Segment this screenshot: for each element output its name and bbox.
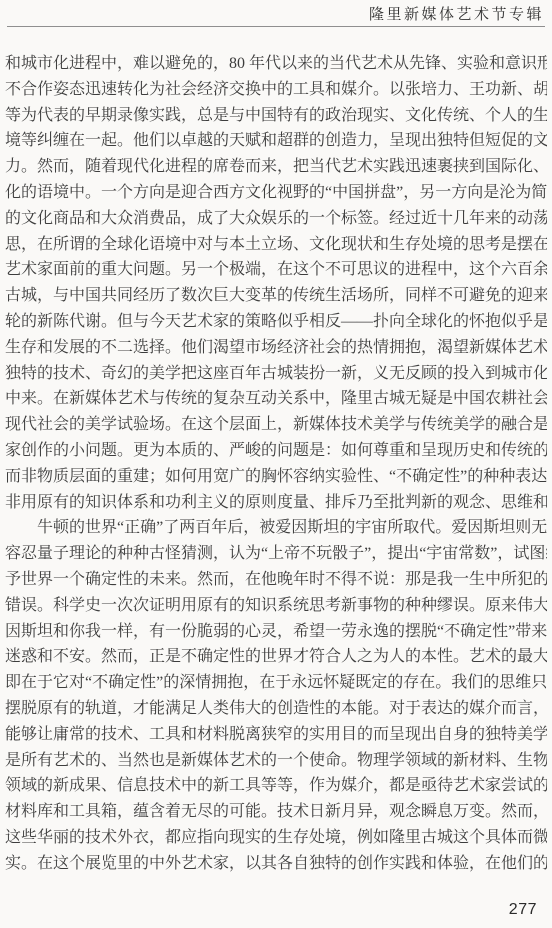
body-line: 家创作的小问题。更为本质的、严峻的问题是：如何尊重和呈现历史和传统的尊严， bbox=[5, 438, 547, 464]
body-line: 非用原有的知识体系和功利主义的原则度量、排斥乃至批判新的观念、思维和实践。 bbox=[5, 490, 547, 516]
body-line: 和城市化进程中，难以避免的，80 年代以来的当代艺术从先锋、实验和意识形态的 bbox=[5, 51, 547, 77]
body-line: 境等纠缠在一起。他们以卓越的天赋和超群的创造力，呈现出独特但短促的文化魅 bbox=[5, 128, 547, 154]
body-line: 艺术家面前的重大问题。另一个极端，在这个不可思议的进程中，这个六百余年的 bbox=[5, 257, 547, 283]
body-line: 予世界一个确定性的未来。然而，在他晚年时不得不说：那是我一生中所犯的最大 bbox=[5, 567, 547, 593]
body-line: 生存和发展的不二选择。他们渴望市场经济社会的热情拥抱，渴望新媒体艺术用它 bbox=[5, 335, 547, 361]
body-line: 因斯坦和你我一样，有一份脆弱的心灵，希望一劳永逸的摆脱“不确定性”带来的 bbox=[5, 619, 547, 645]
body-text: 和城市化进程中，难以避免的，80 年代以来的当代艺术从先锋、实验和意识形态的 不… bbox=[5, 51, 547, 877]
body-line: 错误。科学史一次次证明用原有的知识系统思考新事物的种种缪误。原来伟大的爱 bbox=[5, 593, 547, 619]
body-line: 不合作姿态迅速转化为社会经济交换中的工具和媒介。以张培力、王功新、胡介鸣 bbox=[5, 77, 547, 103]
body-line: 思，在所谓的全球化语境中对与本土立场、文化现状和生存处境的思考是摆在当代 bbox=[5, 232, 547, 258]
body-line: 牛顿的世界“正确”了两百年后，被爱因斯坦的宇宙所取代。爱因斯坦则无法 bbox=[5, 515, 547, 541]
body-line: 这些华丽的技术外衣，都应指向现实的生存处境，例如隆里古城这个具体而微的现 bbox=[5, 825, 547, 851]
body-line: 独特的技术、奇幻的美学把这座百年古城装扮一新，义无反顾的投入到城市化浪潮 bbox=[5, 361, 547, 387]
body-line: 容忍量子理论的种种古怪猜测，认为“上帝不玩骰子”，提出“宇宙常数”，试图给 bbox=[5, 541, 547, 567]
body-line: 是所有艺术的、当然也是新媒体艺术的一个使命。物理学领域的新材料、生物化学 bbox=[5, 748, 547, 774]
body-line: 实。在这个展览里的中外艺术家，以其各自独特的创作实践和体验，在他们的作品 bbox=[5, 851, 547, 877]
body-line: 等为代表的早期录像实践，总是与中国特有的政治现实、文化传统、个人的生存困 bbox=[5, 103, 547, 129]
body-line: 即在于它对“不确定性”的深情拥抱，在于永远怀疑既定的存在。我们的思维只有 bbox=[5, 670, 547, 696]
body-line: 中来。在新媒体艺术与传统的复杂互动关系中，隆里古城无疑是中国农耕社会转向 bbox=[5, 386, 547, 412]
page-header: 隆里新媒体艺术节专辑 bbox=[7, 5, 544, 25]
body-line: 轮的新陈代谢。但与今天艺术家的策略似乎相反——扑向全球化的怀抱似乎是现实 bbox=[5, 309, 547, 335]
body-line: 迷惑和不安。然而，正是不确定性的世界才符合人之为人的本性。艺术的最大魅力， bbox=[5, 644, 547, 670]
body-line: 现代社会的美学试验场。在这个层面上，新媒体技术美学与传统美学的融合是艺术 bbox=[5, 412, 547, 438]
document-page: 隆里新媒体艺术节专辑 和城市化进程中，难以避免的，80 年代以来的当代艺术从先锋… bbox=[0, 0, 552, 928]
body-line: 而非物质层面的重建；如何用宽广的胸怀容纳实验性、“不确定性”的种种表达，而 bbox=[5, 464, 547, 490]
body-line: 能够让庸常的技术、工具和材料脱离狭窄的实用目的而呈现出自身的独特美学。这 bbox=[5, 722, 547, 748]
body-line: 材料库和工具箱，蕴含着无尽的可能。技术日新月异，观念瞬息万变。然而，所有 bbox=[5, 799, 547, 825]
body-line: 古城，与中国共同经历了数次巨大变革的传统生活场所，同样不可避免的迎来新一 bbox=[5, 283, 547, 309]
body-line: 领域的新成果、信息技术中的新工具等等，作为媒介，都是亟待艺术家尝试的庞大 bbox=[5, 773, 547, 799]
body-line: 的文化商品和大众消费品，成了大众娱乐的一个标签。经过近十几年来的动荡与反 bbox=[5, 206, 547, 232]
header-rule bbox=[7, 26, 545, 27]
page-number: 277 bbox=[509, 901, 537, 919]
body-line: 摆脱原有的轨道，才能满足人类伟大的创造性的本能。对于表达的媒介而言，艺术 bbox=[5, 696, 547, 722]
body-line: 化的语境中。一个方向是迎合西方文化视野的“中国拼盘”，另一方向是沦为简单 bbox=[5, 180, 547, 206]
header-title: 隆里新媒体艺术节专辑 bbox=[369, 7, 544, 23]
body-line: 力。然而，随着现代化进程的席卷而来，把当代艺术实践迅速裹挟到国际化、市场 bbox=[5, 154, 547, 180]
